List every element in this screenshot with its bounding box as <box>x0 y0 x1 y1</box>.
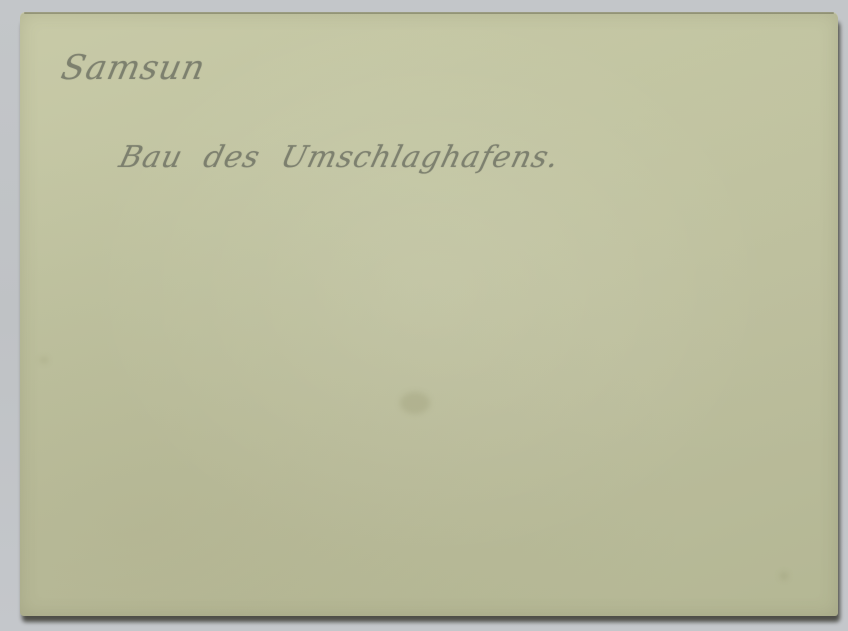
card-edge <box>24 12 834 14</box>
caption-word: des <box>200 140 264 175</box>
caption-word: Bau <box>116 140 187 175</box>
paper-stain <box>780 572 788 580</box>
handwritten-place-name: Samsun <box>58 48 210 88</box>
card-back <box>20 12 838 616</box>
handwritten-caption: BaudesUmschlaghafens. <box>116 140 564 175</box>
caption-word: Umschlaghafens. <box>277 140 563 175</box>
paper-stain <box>400 392 430 414</box>
paper-stain <box>40 357 48 363</box>
photograph: Samsun BaudesUmschlaghafens. <box>0 0 848 631</box>
